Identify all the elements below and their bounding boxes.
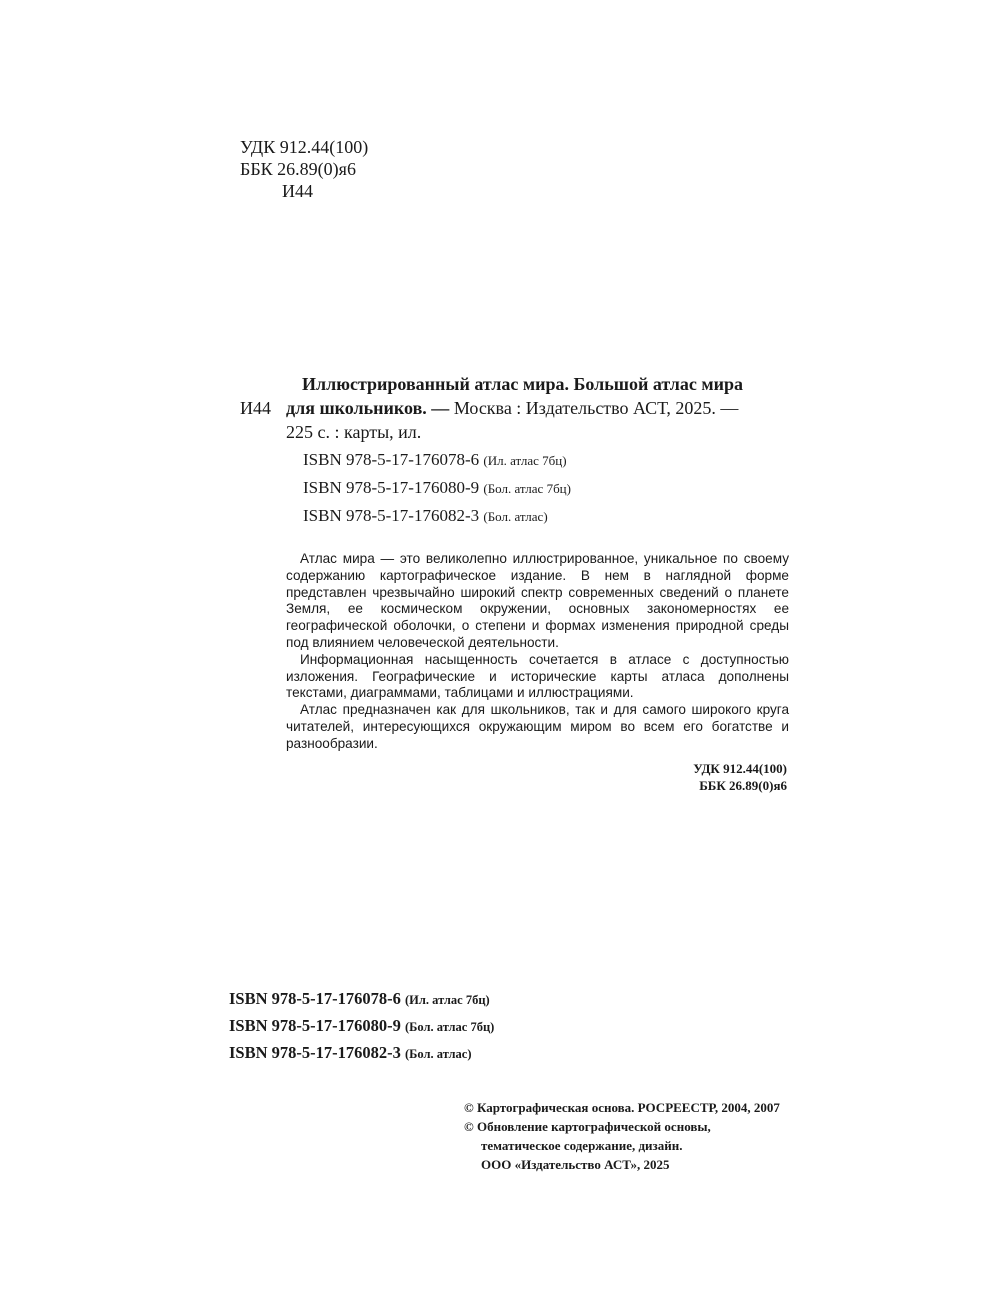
book-title-line-1: Иллюстрированный атлас мира. Большой атл… (286, 372, 800, 396)
annotation-paragraph: Атлас предназначен как для школьников, т… (286, 702, 789, 752)
book-title-line-2: для школьников. — Москва : Издательство … (286, 396, 800, 420)
isbn-item: ISBN 978-5-17-176082-3 (Бол. атлас) (229, 1040, 494, 1067)
annotation-paragraph: Атлас мира — это великолепно иллюстриров… (286, 551, 789, 652)
copyright-line: © Обновление картографической основы, (464, 1117, 780, 1136)
isbn-number: ISBN 978-5-17-176080-9 (303, 478, 479, 497)
classification-codes-bottom: УДК 912.44(100) ББК 26.89(0)я6 (693, 760, 787, 794)
publisher-info: Москва : Издательство АСТ, 2025. — (449, 398, 738, 418)
isbn-note: (Бол. атлас) (405, 1047, 472, 1061)
bbk-code: ББК 26.89(0)я6 (693, 777, 787, 794)
copyright-line: ООО «Издательство АСТ», 2025 (464, 1155, 780, 1174)
udk-code: УДК 912.44(100) (240, 136, 368, 158)
isbn-note: (Бол. атлас) (483, 509, 547, 524)
copyright-block: © Картографическая основа. РОСРЕЕСТР, 20… (464, 1098, 780, 1174)
annotation-paragraph: Информационная насыщенность сочетается в… (286, 652, 789, 702)
classification-codes-top: УДК 912.44(100) ББК 26.89(0)я6 И44 (240, 136, 368, 202)
bbk-code: ББК 26.89(0)я6 (240, 158, 368, 180)
isbn-list-bold: ISBN 978-5-17-176078-6 (Ил. атлас 7бц) I… (229, 986, 494, 1067)
isbn-number: ISBN 978-5-17-176078-6 (303, 450, 479, 469)
page-count-line: 225 с. : карты, ил. (286, 420, 800, 444)
isbn-note: (Бол. атлас 7бц) (483, 481, 571, 496)
book-title-line-2-bold: для школьников. — (286, 398, 449, 418)
isbn-item: ISBN 978-5-17-176080-9 (Бол. атлас 7бц) (229, 1013, 494, 1040)
isbn-item: ISBN 978-5-17-176078-6 (Ил. атлас 7бц) (303, 446, 571, 474)
isbn-item: ISBN 978-5-17-176080-9 (Бол. атлас 7бц) (303, 474, 571, 502)
isbn-item: ISBN 978-5-17-176078-6 (Ил. атлас 7бц) (229, 986, 494, 1013)
copyright-line: © Картографическая основа. РОСРЕЕСТР, 20… (464, 1098, 780, 1117)
bibliographic-entry: И44 Иллюстрированный атлас мира. Большой… (240, 372, 800, 444)
isbn-list: ISBN 978-5-17-176078-6 (Ил. атлас 7бц) I… (303, 446, 571, 530)
bib-author-mark: И44 (240, 396, 271, 420)
isbn-number: ISBN 978-5-17-176082-3 (303, 506, 479, 525)
isbn-number: ISBN 978-5-17-176082-3 (229, 1043, 401, 1062)
isbn-item: ISBN 978-5-17-176082-3 (Бол. атлас) (303, 502, 571, 530)
annotation: Атлас мира — это великолепно иллюстриров… (286, 551, 789, 753)
isbn-note: (Ил. атлас 7бц) (405, 993, 490, 1007)
isbn-number: ISBN 978-5-17-176080-9 (229, 1016, 401, 1035)
isbn-number: ISBN 978-5-17-176078-6 (229, 989, 401, 1008)
isbn-note: (Бол. атлас 7бц) (405, 1020, 494, 1034)
udk-code: УДК 912.44(100) (693, 760, 787, 777)
copyright-line: тематическое содержание, дизайн. (464, 1136, 780, 1155)
isbn-note: (Ил. атлас 7бц) (483, 453, 566, 468)
author-mark: И44 (240, 180, 368, 202)
